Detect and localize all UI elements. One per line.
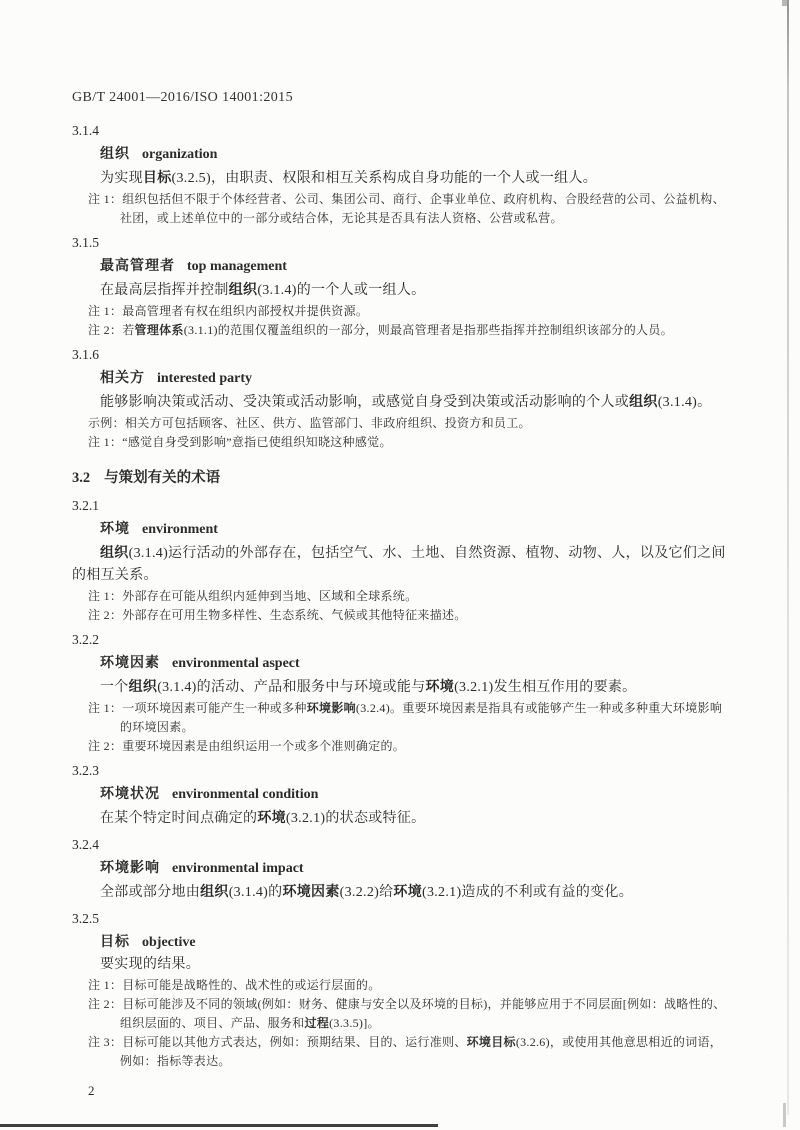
term-english: environmental aspect <box>172 656 300 671</box>
scan-edge-bottom-line <box>0 1124 438 1127</box>
referenced-term: 过程 <box>305 1016 330 1030</box>
term-section-number: 3.2.5 <box>72 908 732 930</box>
text-segment: 外部存在可能从组织内延伸到当地、区域和全球系统。 <box>122 589 417 603</box>
term-title-line: 相关方interested party <box>72 366 732 390</box>
text-segment: 为实现 <box>100 171 143 186</box>
scanned-document-page: GB/T 24001—2016/ISO 14001:2015 3.1.4组织or… <box>0 0 800 1130</box>
term-chinese: 目标 <box>100 933 130 949</box>
term-section-number: 3.2.2 <box>72 629 732 651</box>
scan-edge-top-right-mark <box>782 0 789 6</box>
term-section-number: 3.2.4 <box>72 834 732 856</box>
text-segment: 在某个特定时间点确定的 <box>100 811 257 826</box>
referenced-term: 环境影响 <box>307 701 356 715</box>
terms-sections: 3.1.4组织organization为实现目标(3.2.5)，由职责、权限和相… <box>72 120 732 1071</box>
text-segment: (3.3.5)]。 <box>329 1016 380 1030</box>
term-section: 3.2.2环境因素environmental aspect一个组织(3.1.4)… <box>72 629 732 756</box>
clause-heading-number: 3.2 <box>72 470 90 486</box>
term-definition: 在最高层指挥并控制组织(3.1.4)的一个人或一组人。 <box>72 278 732 302</box>
referenced-term: 管理体系 <box>135 323 184 337</box>
referenced-term: 组织 <box>100 544 129 560</box>
text-segment: (3.2.1)造成的不利或有益的变化。 <box>422 885 633 900</box>
standard-number-header: GB/T 24001—2016/ISO 14001:2015 <box>72 90 732 106</box>
term-chinese: 环境 <box>100 520 130 536</box>
term-chinese: 组织 <box>100 145 130 161</box>
note: 注 1：一项环境因素可能产生一种或多种环境影响(3.2.4)。重要环境因素是指具… <box>88 699 732 737</box>
term-section: 3.1.5最高管理者top management在最高层指挥并控制组织(3.1.… <box>72 232 732 340</box>
text-segment: 重要环境因素是由组织运用一个或多个准则确定的。 <box>122 739 405 753</box>
term-title-line: 环境因素environmental aspect <box>72 651 732 675</box>
referenced-term: 环境 <box>393 883 422 899</box>
example-note: 示例：相关方可包括顾客、社区、供方、监管部门、非政府组织、投资方和员工。 <box>88 414 732 433</box>
term-chinese: 最高管理者 <box>100 257 175 273</box>
term-section-number: 3.2.1 <box>72 495 732 517</box>
text-segment: (3.1.1)的范围仅覆盖组织的一部分，则最高管理者是指那些指挥并控制组织该部分… <box>184 323 673 337</box>
note-label: 注 1： <box>88 192 122 206</box>
referenced-term: 组织 <box>229 281 258 297</box>
note-label: 注 1： <box>88 304 122 318</box>
term-chinese: 环境因素 <box>100 654 160 670</box>
referenced-term: 组织 <box>200 883 229 899</box>
term-title-line: 环境environment <box>72 517 732 541</box>
document-content: GB/T 24001—2016/ISO 14001:2015 3.1.4组织or… <box>72 90 732 1099</box>
term-definition: 全部或部分地由组织(3.1.4)的环境因素(3.2.2)给环境(3.2.1)造成… <box>72 880 732 904</box>
note: 注 1：“感觉自身受到影响”意指已使组织知晓这种感觉。 <box>88 433 732 452</box>
text-segment: 一项环境因素可能产生一种或多种 <box>122 701 307 715</box>
note-label: 注 1： <box>88 701 122 715</box>
referenced-term: 环境目标 <box>467 1035 516 1049</box>
text-segment: 一个 <box>100 680 129 695</box>
term-title-line: 环境影响environmental impact <box>72 856 732 880</box>
term-section: 3.2.4环境影响environmental impact全部或部分地由组织(3… <box>72 834 732 904</box>
note: 注 2：重要环境因素是由组织运用一个或多个准则确定的。 <box>88 737 732 756</box>
term-title-line: 最高管理者top management <box>72 254 732 278</box>
note-label: 示例： <box>88 416 125 430</box>
term-section: 3.1.4组织organization为实现目标(3.2.5)，由职责、权限和相… <box>72 120 732 228</box>
term-title-line: 组织organization <box>72 142 732 166</box>
text-segment: 组织包括但不限于个体经营者、公司、集团公司、商行、企事业单位、政府机构、合股经营… <box>120 192 725 225</box>
term-definition: 要实现的结果。 <box>72 954 732 976</box>
text-segment: 要实现的结果。 <box>100 957 200 972</box>
text-segment: 最高管理者有权在组织内部授权并提供资源。 <box>122 304 368 318</box>
term-english: objective <box>142 935 196 950</box>
note: 注 3：目标可能以其他方式表达，例如：预期结果、目的、运行准则、环境目标(3.2… <box>88 1033 732 1071</box>
scan-edge-right-line <box>787 0 789 1115</box>
note-label: 注 2： <box>88 323 122 337</box>
term-english: top management <box>187 259 287 274</box>
term-section: 3.2.3环境状况environmental condition在某个特定时间点… <box>72 760 732 830</box>
note: 注 1：组织包括但不限于个体经营者、公司、集团公司、商行、企事业单位、政府机构、… <box>88 190 732 228</box>
text-segment: (3.1.4)的一个人或一组人。 <box>257 283 425 298</box>
text-segment: (3.2.1)的状态或特征。 <box>286 811 426 826</box>
text-segment: “感觉自身受到影响”意指已使组织知晓这种感觉。 <box>122 435 392 449</box>
term-title-line: 目标objective <box>72 930 732 954</box>
note-label: 注 1： <box>88 589 122 603</box>
term-section-number: 3.2.3 <box>72 760 732 782</box>
note: 注 2：目标可能涉及不同的领域(例如：财务、健康与安全以及环境的目标)，并能够应… <box>88 995 732 1033</box>
text-segment: (3.1.4)。 <box>658 395 712 410</box>
text-segment: (3.1.4)的 <box>229 885 283 900</box>
text-segment: (3.2.2)给 <box>340 885 394 900</box>
referenced-term: 环境 <box>425 678 454 694</box>
note: 注 1：目标可能是战略性的、战术性的或运行层面的。 <box>88 976 732 995</box>
term-chinese: 环境状况 <box>100 785 160 801</box>
text-segment: 能够影响决策或活动、受决策或活动影响，或感觉自身受到决策或活动影响的个人或 <box>100 395 629 410</box>
term-english: organization <box>142 147 217 162</box>
note-label: 注 2： <box>88 997 122 1011</box>
clause-heading-title: 与策划有关的术语 <box>104 470 220 486</box>
text-segment: 目标可能是战略性的、战术性的或运行层面的。 <box>122 978 380 992</box>
text-segment: (3.2.1)发生相互作用的要素。 <box>454 680 636 695</box>
term-english: environmental impact <box>172 861 304 876</box>
term-english: interested party <box>157 371 252 386</box>
term-section-number: 3.1.6 <box>72 344 732 366</box>
referenced-term: 组织 <box>129 678 158 694</box>
note-label: 注 3： <box>88 1035 122 1049</box>
text-segment: 目标可能涉及不同的领域(例如：财务、健康与安全以及环境的目标)，并能够应用于不同… <box>120 997 726 1030</box>
note: 注 1：外部存在可能从组织内延伸到当地、区域和全球系统。 <box>88 587 732 606</box>
scan-edge-bottom-right-mark <box>783 1103 786 1127</box>
term-definition: 组织(3.1.4)运行活动的外部存在，包括空气、水、土地、自然资源、植物、动物、… <box>72 541 732 587</box>
note-label: 注 1： <box>88 435 122 449</box>
page-number: 2 <box>88 1083 732 1099</box>
term-definition: 能够影响决策或活动、受决策或活动影响，或感觉自身受到决策或活动影响的个人或组织(… <box>72 390 732 414</box>
term-section-number: 3.1.5 <box>72 232 732 254</box>
term-definition: 为实现目标(3.2.5)，由职责、权限和相互关系构成自身功能的一个人或一组人。 <box>72 166 732 190</box>
term-section: 3.2.1环境environment组织(3.1.4)运行活动的外部存在，包括空… <box>72 495 732 625</box>
note: 注 1：最高管理者有权在组织内部授权并提供资源。 <box>88 302 732 321</box>
text-segment: (3.1.4)运行活动的外部存在，包括空气、水、土地、自然资源、植物、动物、人，… <box>72 546 726 583</box>
referenced-term: 组织 <box>629 393 658 409</box>
note: 注 2：外部存在可用生物多样性、生态系统、气候或其他特征来描述。 <box>88 606 732 625</box>
term-title-line: 环境状况environmental condition <box>72 782 732 806</box>
note-label: 注 2： <box>88 608 122 622</box>
text-segment: 若 <box>122 323 134 337</box>
note-label: 注 2： <box>88 739 122 753</box>
text-segment: 全部或部分地由 <box>100 885 200 900</box>
term-chinese: 环境影响 <box>100 859 160 875</box>
term-section-number: 3.1.4 <box>72 120 732 142</box>
term-english: environment <box>142 522 218 537</box>
clause-heading: 3.2与策划有关的术语 <box>72 466 732 487</box>
text-segment: (3.1.4)的活动、产品和服务中与环境或能与 <box>157 680 425 695</box>
text-segment: 目标可能以其他方式表达，例如：预期结果、目的、运行准则、 <box>122 1035 466 1049</box>
term-section: 3.1.6相关方interested party能够影响决策或活动、受决策或活动… <box>72 344 732 452</box>
term-english: environmental condition <box>172 787 318 802</box>
referenced-term: 环境 <box>257 809 286 825</box>
term-definition: 一个组织(3.1.4)的活动、产品和服务中与环境或能与环境(3.2.1)发生相互… <box>72 675 732 699</box>
note: 注 2：若管理体系(3.1.1)的范围仅覆盖组织的一部分，则最高管理者是指那些指… <box>88 321 732 340</box>
text-segment: (3.2.5)，由职责、权限和相互关系构成自身功能的一个人或一组人。 <box>172 171 598 186</box>
referenced-term: 目标 <box>143 169 172 185</box>
term-section: 3.2.5目标objective要实现的结果。注 1：目标可能是战略性的、战术性… <box>72 908 732 1071</box>
text-segment: 外部存在可用生物多样性、生态系统、气候或其他特征来描述。 <box>122 608 466 622</box>
term-definition: 在某个特定时间点确定的环境(3.2.1)的状态或特征。 <box>72 806 732 830</box>
text-segment: 相关方可包括顾客、社区、供方、监管部门、非政府组织、投资方和员工。 <box>125 416 531 430</box>
term-chinese: 相关方 <box>100 369 145 385</box>
referenced-term: 环境因素 <box>282 883 339 899</box>
text-segment: 在最高层指挥并控制 <box>100 283 229 298</box>
note-label: 注 1： <box>88 978 122 992</box>
